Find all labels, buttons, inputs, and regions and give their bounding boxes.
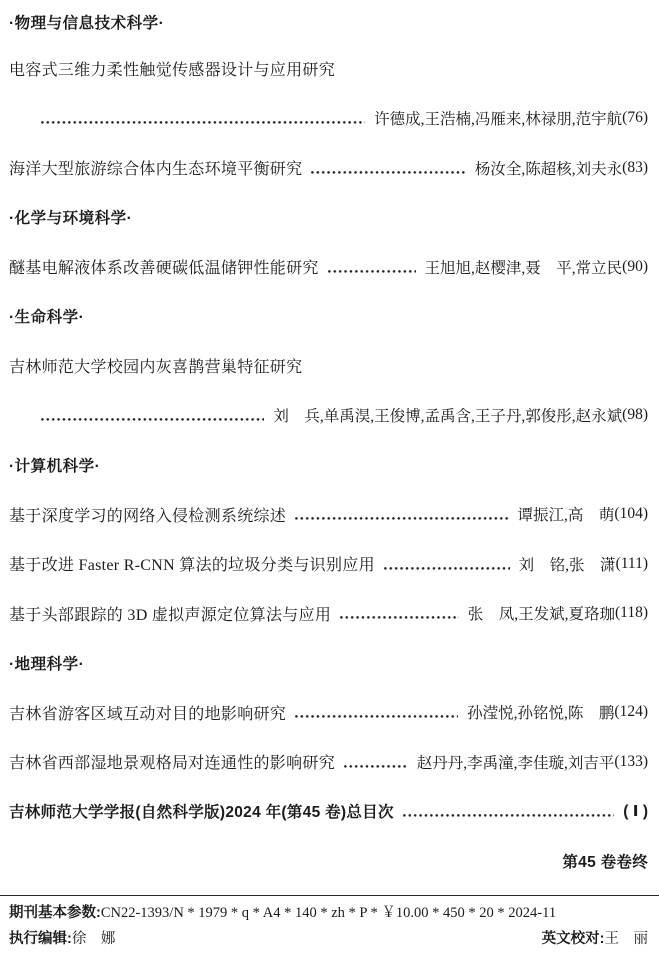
- dot-leader: [41, 418, 264, 421]
- english-proofreader-name: 王 丽: [605, 927, 649, 948]
- english-proofreader-label: 英文校对:: [542, 927, 605, 948]
- article-page-number: (98): [622, 406, 648, 424]
- article-authors: 刘 铭,张 潇: [519, 553, 616, 575]
- article-title: 海洋大型旅游综合体内生态环境平衡研究: [9, 156, 302, 179]
- article-page-number: (76): [622, 109, 648, 127]
- journal-parameters-value: CN22-1393/N * 1979 * q * A4 * 140 * zh *…: [101, 901, 556, 922]
- dot-leader: [328, 270, 416, 273]
- annual-index-page-number: ( Ⅰ ): [623, 802, 648, 821]
- article-authors: 赵丹丹,李禹潼,李佳璇,刘吉平: [417, 751, 615, 773]
- toc-entry-row: 吉林省西部湿地景观格局对连通性的影响研究 赵丹丹,李禹潼,李佳璇,刘吉平 (13…: [9, 737, 648, 787]
- article-title: 电容式三维力柔性触觉传感器设计与应用研究: [9, 57, 335, 80]
- toc-entry-row: 吉林省游客区域互动对目的地影响研究 孙滢悦,孙铭悦,陈 鹏 (124): [9, 688, 648, 738]
- article-page-number: (118): [615, 604, 648, 622]
- toc-entry-title-row: 吉林师范大学校园内灰喜鹊营巢特征研究: [9, 341, 648, 391]
- article-authors: 许德成,王浩楠,冯雁来,林禄朋,范宇航: [374, 107, 622, 129]
- section-heading-life-science: ·生命科学·: [9, 292, 648, 342]
- toc-entry-title-row: 电容式三维力柔性触觉传感器设计与应用研究: [9, 44, 648, 94]
- article-authors: 孙滢悦,孙铭悦,陈 鹏: [467, 701, 614, 723]
- article-page-number: (83): [622, 159, 648, 177]
- article-page-number: (90): [622, 258, 648, 276]
- dot-leader: [403, 814, 615, 817]
- toc-entry-row: 基于深度学习的网络入侵检测系统综述 谭振江,高 萌 (104): [9, 490, 648, 540]
- executive-editor: 执行编辑: 徐 娜: [9, 927, 115, 948]
- volume-end-row: 第45 卷卷终: [9, 836, 648, 886]
- annual-index-title: 吉林师范大学学报(自然科学版)2024 年(第45 卷)总目次: [9, 800, 394, 822]
- dot-leader: [344, 765, 408, 768]
- dot-leader: [340, 616, 459, 619]
- journal-toc-page: ·物理与信息技术科学· 电容式三维力柔性触觉传感器设计与应用研究 许德成,王浩楠…: [0, 0, 659, 970]
- article-title: 基于改进 Faster R-CNN 算法的垃圾分类与识别应用: [9, 552, 375, 575]
- english-proofreader: 英文校对: 王 丽: [542, 927, 648, 948]
- article-title: 吉林师范大学校园内灰喜鹊营巢特征研究: [9, 354, 302, 377]
- article-title: 吉林省西部湿地景观格局对连通性的影响研究: [9, 750, 335, 773]
- toc-entry-continuation-row: 刘 兵,单禹淏,王俊博,孟禹含,王子丹,郭俊彤,赵永斌 (98): [9, 391, 648, 441]
- dot-leader: [41, 121, 365, 124]
- executive-editor-name: 徐 娜: [72, 927, 116, 948]
- toc-entry-row: 醚基电解液体系改善硬碳低温储钾性能研究 王旭旭,赵樱津,聂 平,常立民 (90): [9, 242, 648, 292]
- section-heading-physics: ·物理与信息技术科学·: [9, 0, 648, 44]
- toc-entry-row: 基于改进 Faster R-CNN 算法的垃圾分类与识别应用 刘 铭,张 潇 (…: [9, 539, 648, 589]
- article-authors: 谭振江,高 萌: [518, 503, 615, 525]
- article-title: 基于深度学习的网络入侵检测系统综述: [9, 503, 286, 526]
- article-authors: 杨汝全,陈超核,刘夫永: [475, 157, 622, 179]
- editors-row: 执行编辑: 徐 娜 英文校对: 王 丽: [9, 925, 648, 951]
- journal-parameters-row: 期刊基本参数: CN22-1393/N * 1979 * q * A4 * 14…: [9, 899, 648, 925]
- article-page-number: (133): [614, 753, 648, 771]
- dot-leader: [295, 517, 508, 520]
- toc-entry-row: 基于头部跟踪的 3D 虚拟声源定位算法与应用 张 凤,王发斌,夏珞珈 (118): [9, 589, 648, 639]
- toc-entry-continuation-row: 许德成,王浩楠,冯雁来,林禄朋,范宇航 (76): [9, 94, 648, 144]
- journal-parameters-label: 期刊基本参数:: [9, 901, 101, 922]
- article-page-number: (104): [614, 505, 648, 523]
- article-page-number: (124): [614, 703, 648, 721]
- article-title: 基于头部跟踪的 3D 虚拟声源定位算法与应用: [9, 602, 331, 625]
- footer-divider: [0, 895, 659, 896]
- article-authors: 张 凤,王发斌,夏珞珈: [468, 602, 615, 624]
- toc-entry-row: 海洋大型旅游综合体内生态环境平衡研究 杨汝全,陈超核,刘夫永 (83): [9, 143, 648, 193]
- article-authors: 王旭旭,赵樱津,聂 平,常立民: [425, 256, 623, 278]
- section-heading-computer-science: ·计算机科学·: [9, 440, 648, 490]
- article-title: 醚基电解液体系改善硬碳低温储钾性能研究: [9, 255, 319, 278]
- annual-index-row: 吉林师范大学学报(自然科学版)2024 年(第45 卷)总目次 ( Ⅰ ): [9, 787, 648, 837]
- article-title: 吉林省游客区域互动对目的地影响研究: [9, 701, 286, 724]
- executive-editor-label: 执行编辑:: [9, 927, 72, 948]
- dot-leader: [311, 171, 466, 174]
- section-heading-chemistry: ·化学与环境科学·: [9, 193, 648, 243]
- article-page-number: (111): [616, 555, 648, 573]
- dot-leader: [295, 715, 458, 718]
- volume-end-label: 第45 卷卷终: [562, 850, 648, 872]
- dot-leader: [384, 567, 510, 570]
- article-authors: 刘 兵,单禹淏,王俊博,孟禹含,王子丹,郭俊彤,赵永斌: [273, 404, 622, 426]
- section-heading-geography: ·地理科学·: [9, 638, 648, 688]
